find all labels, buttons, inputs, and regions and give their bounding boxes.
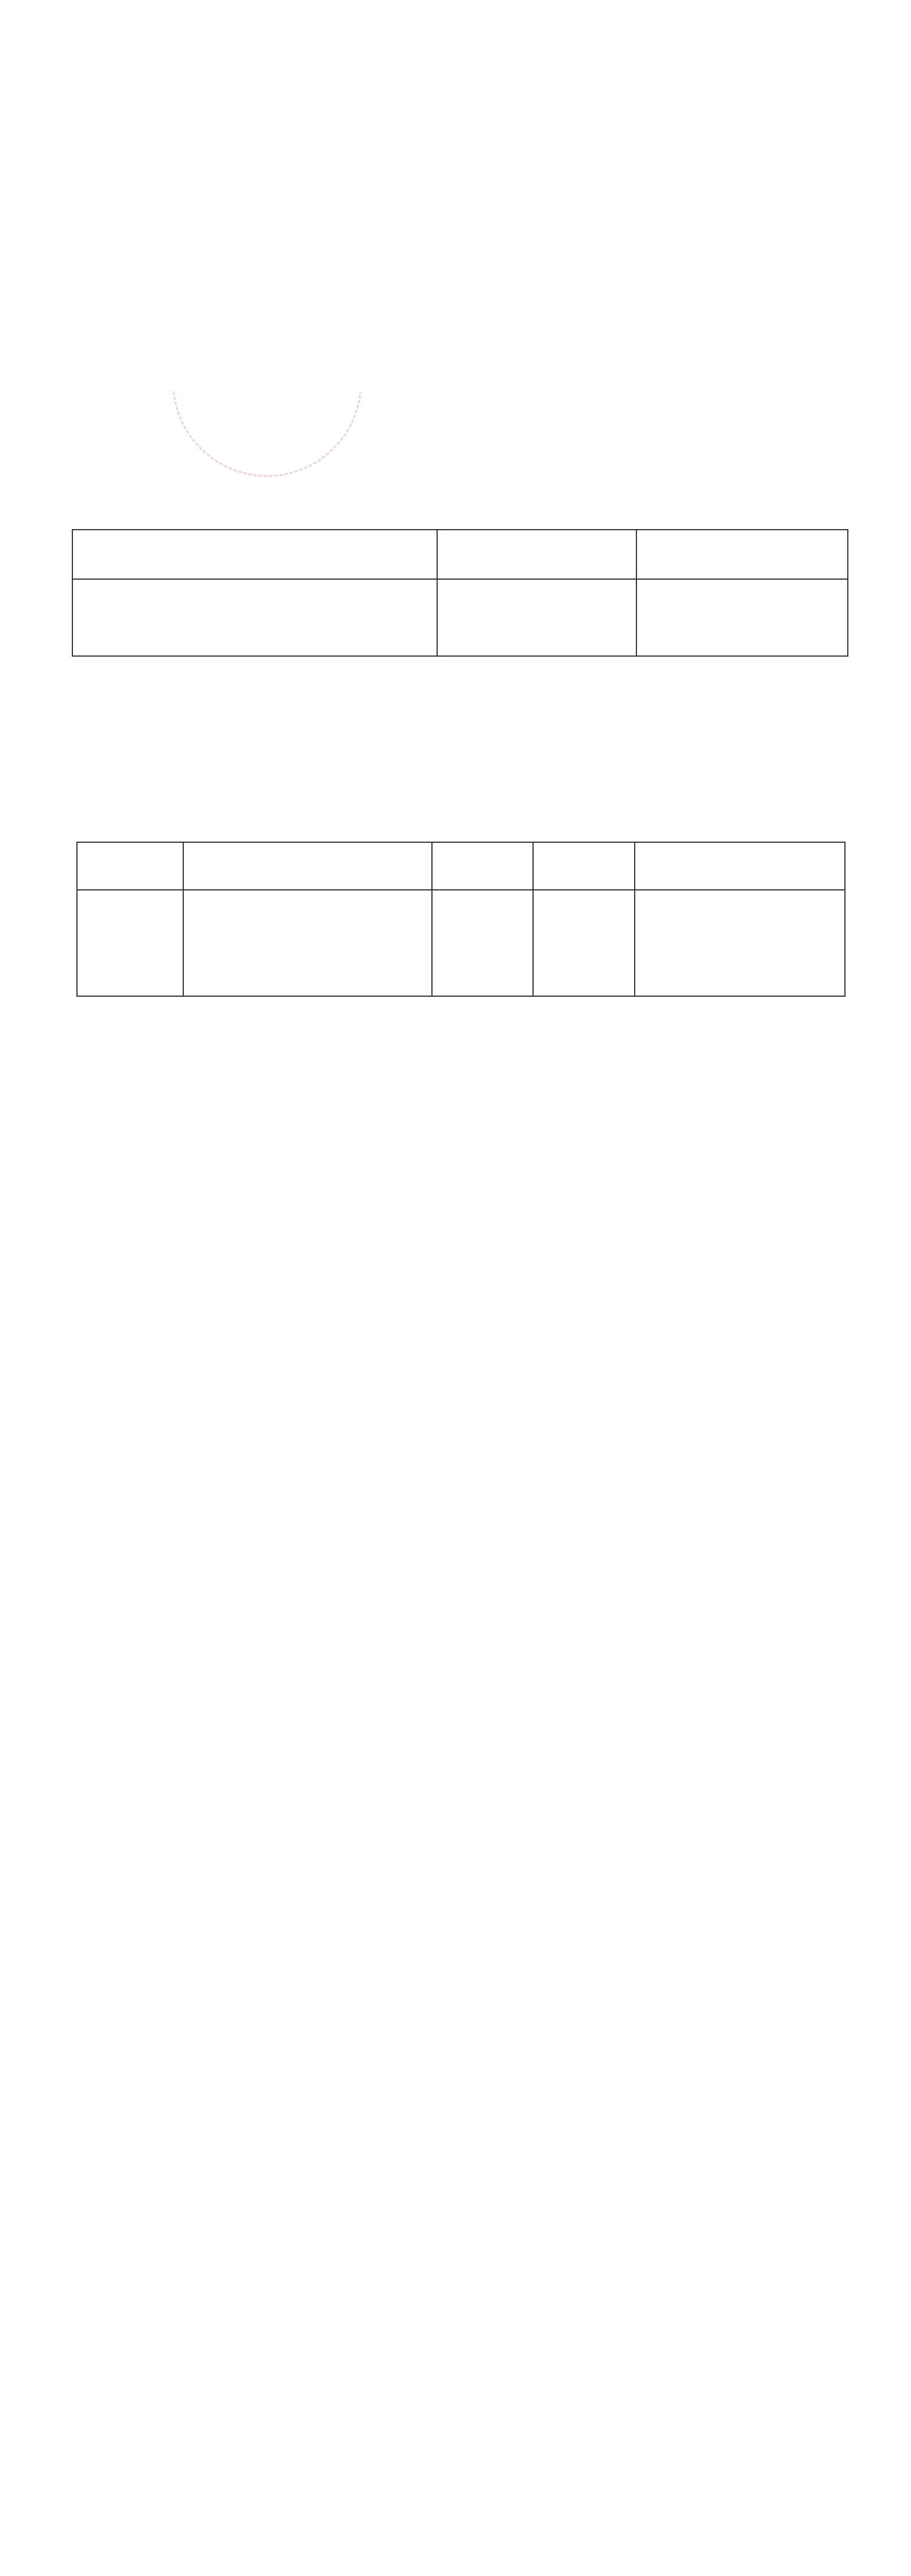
header-award-amount: [636, 530, 848, 579]
header-quantity: [533, 842, 635, 890]
cell-supplier-name: [72, 579, 437, 656]
cell-package-name: [183, 890, 431, 996]
table-row: [77, 890, 845, 996]
cell-discount-rate: [437, 579, 636, 656]
subject-table-header-row: [77, 842, 845, 890]
cell-quantity: [533, 890, 635, 996]
header-supplier-name: [72, 530, 437, 579]
cell-award-amount: [636, 579, 848, 656]
header-unit: [432, 842, 533, 890]
subject-table: [76, 842, 846, 997]
table-row: [72, 579, 848, 656]
cell-unit: [432, 890, 533, 996]
cell-award-amount: [635, 890, 845, 996]
header-award-amount: [635, 842, 845, 890]
cell-package: [77, 890, 183, 996]
header-discount-rate: [437, 530, 636, 579]
result-table: [72, 529, 848, 657]
header-package: [77, 842, 183, 890]
header-package-name: [183, 842, 431, 890]
faint-seal-mark: [172, 287, 362, 477]
result-table-header-row: [72, 530, 848, 579]
